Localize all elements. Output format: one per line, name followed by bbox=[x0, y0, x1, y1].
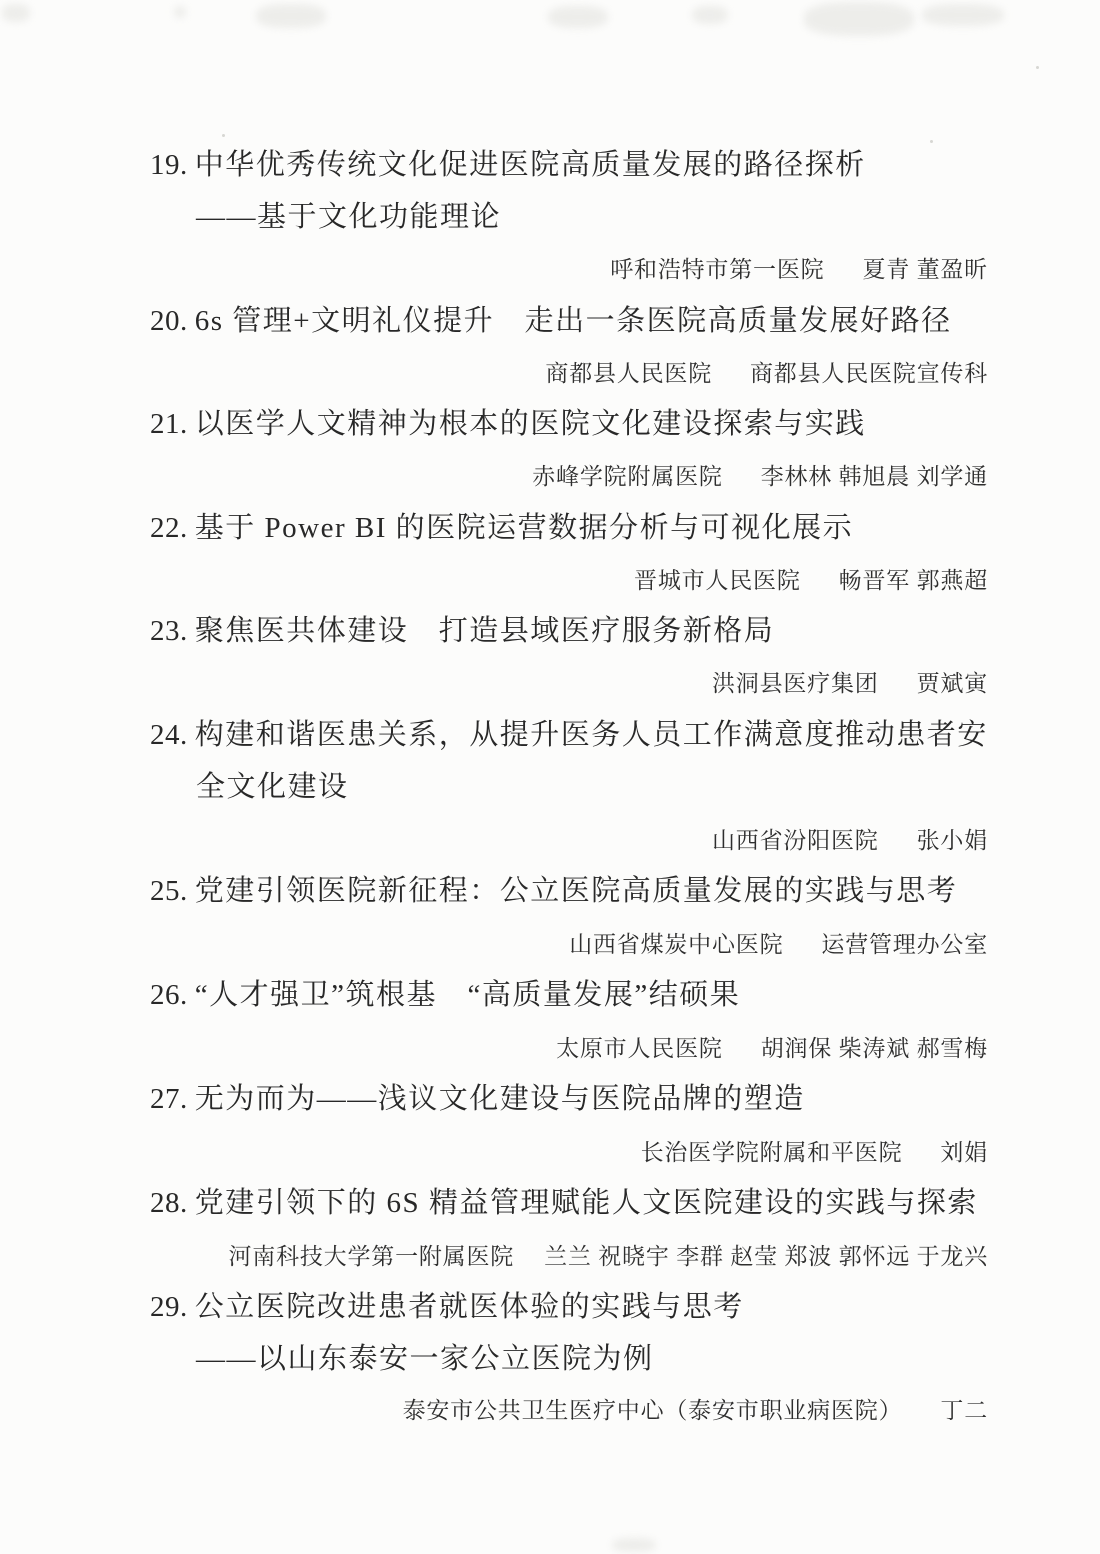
attribution-authors: 刘娟 bbox=[940, 1138, 988, 1168]
scan-artifact bbox=[174, 6, 186, 18]
attribution-authors: 贾斌寅 bbox=[917, 669, 988, 699]
item-title-continuation: ——以山东泰安一家公立医院为例 bbox=[196, 1340, 654, 1378]
scan-artifact bbox=[612, 1538, 656, 1552]
item-number: 19. bbox=[150, 149, 188, 181]
item-title-line: 23.聚焦医共体建设 打造县域医疗服务新格局 bbox=[150, 612, 774, 650]
item-attribution: 洪洞县医疗集团贾斌寅 bbox=[712, 669, 988, 699]
scan-artifact bbox=[548, 6, 608, 28]
attribution-organization: 赤峰学院附属医院 bbox=[532, 462, 722, 492]
item-attribution: 太原市人民医院胡润保 柴涛斌 郝雪梅 bbox=[556, 1034, 988, 1064]
item-attribution: 长治医学院附属和平医院刘娟 bbox=[641, 1138, 988, 1168]
item-attribution: 赤峰学院附属医院李林林 韩旭晨 刘学通 bbox=[532, 462, 988, 492]
attribution-authors: 胡润保 柴涛斌 郝雪梅 bbox=[761, 1034, 988, 1064]
item-title-continuation: 全文化建设 bbox=[196, 768, 349, 806]
document-page: 19.中华优秀传统文化促进医院高质量发展的路径探析 ——基于文化功能理论 呼和浩… bbox=[0, 0, 1100, 1554]
scan-artifact bbox=[256, 4, 326, 28]
item-title-text: 构建和谐医患关系，从提升医务人员工作满意度推动患者安 bbox=[195, 719, 988, 751]
attribution-organization: 山西省汾阳医院 bbox=[712, 826, 879, 856]
item-title-line: 25.党建引领医院新征程：公立医院高质量发展的实践与思考 bbox=[150, 872, 957, 910]
item-title-text: 基于 Power BI 的医院运营数据分析与可视化展示 bbox=[195, 512, 853, 544]
item-number: 24. bbox=[150, 719, 188, 751]
item-attribution: 河南科技大学第一附属医院兰兰 祝晓宇 李群 赵莹 郑波 郭怀远 于龙兴 bbox=[228, 1242, 988, 1272]
scan-artifact bbox=[222, 134, 225, 137]
item-number: 23. bbox=[150, 615, 188, 647]
item-number: 22. bbox=[150, 512, 188, 544]
item-title-text: 党建引领医院新征程：公立医院高质量发展的实践与思考 bbox=[195, 875, 958, 907]
attribution-authors: 丁二 bbox=[940, 1396, 988, 1426]
item-title-continuation: ——基于文化功能理论 bbox=[196, 198, 501, 236]
attribution-organization: 山西省煤炭中心医院 bbox=[569, 930, 783, 960]
scan-artifact bbox=[692, 6, 728, 24]
item-title-text: 6s 管理+文明礼仪提升 走出一条医院高质量发展好路径 bbox=[195, 305, 952, 337]
attribution-organization: 晋城市人民医院 bbox=[634, 566, 801, 596]
scan-artifact bbox=[922, 4, 1004, 26]
item-attribution: 山西省煤炭中心医院运营管理办公室 bbox=[569, 930, 988, 960]
scan-artifact bbox=[1036, 66, 1039, 69]
attribution-organization: 呼和浩特市第一医院 bbox=[610, 255, 824, 285]
item-title-line: 21.以医学人文精神为根本的医院文化建设探索与实践 bbox=[150, 405, 866, 443]
scan-artifact bbox=[2, 4, 30, 22]
item-attribution: 商都县人民医院商都县人民医院宣传科 bbox=[545, 359, 988, 389]
item-title-line: 26.“人才强卫”筑根基 “高质量发展”结硕果 bbox=[150, 976, 740, 1014]
item-number: 21. bbox=[150, 408, 188, 440]
attribution-authors: 商都县人民医院宣传科 bbox=[750, 359, 988, 389]
item-attribution: 山西省汾阳医院张小娟 bbox=[712, 826, 988, 856]
attribution-organization: 长治医学院附属和平医院 bbox=[641, 1138, 903, 1168]
attribution-authors: 张小娟 bbox=[917, 826, 988, 856]
item-title-text: 党建引领下的 6S 精益管理赋能人文医院建设的实践与探索 bbox=[195, 1187, 978, 1219]
item-title-text: 以医学人文精神为根本的医院文化建设探索与实践 bbox=[195, 408, 866, 440]
item-number: 28. bbox=[150, 1187, 188, 1219]
item-title-line: 28.党建引领下的 6S 精益管理赋能人文医院建设的实践与探索 bbox=[150, 1184, 978, 1222]
item-title-line: 19.中华优秀传统文化促进医院高质量发展的路径探析 bbox=[150, 146, 866, 184]
attribution-organization: 泰安市公共卫生医疗中心（泰安市职业病医院） bbox=[403, 1396, 903, 1426]
item-number: 29. bbox=[150, 1291, 188, 1323]
attribution-organization: 洪洞县医疗集团 bbox=[712, 669, 879, 699]
item-title-line: 24.构建和谐医患关系，从提升医务人员工作满意度推动患者安 bbox=[150, 716, 988, 754]
item-attribution: 泰安市公共卫生医疗中心（泰安市职业病医院）丁二 bbox=[403, 1396, 988, 1426]
item-title-text: “人才强卫”筑根基 “高质量发展”结硕果 bbox=[195, 979, 741, 1011]
attribution-authors: 运营管理办公室 bbox=[821, 930, 988, 960]
attribution-authors: 李林林 韩旭晨 刘学通 bbox=[761, 462, 988, 492]
attribution-authors: 夏青 董盈昕 bbox=[862, 255, 988, 285]
attribution-organization: 太原市人民医院 bbox=[556, 1034, 723, 1064]
item-title-text: 无为而为——浅议文化建设与医院品牌的塑造 bbox=[195, 1083, 805, 1115]
item-title-line: 29.公立医院改进患者就医体验的实践与思考 bbox=[150, 1288, 744, 1326]
scan-artifact bbox=[930, 140, 933, 143]
item-title-text: 聚焦医共体建设 打造县域医疗服务新格局 bbox=[195, 615, 775, 647]
item-number: 26. bbox=[150, 979, 188, 1011]
scan-artifact bbox=[804, 2, 914, 36]
attribution-organization: 河南科技大学第一附属医院 bbox=[228, 1242, 514, 1272]
item-attribution: 晋城市人民医院畅晋军 郭燕超 bbox=[634, 566, 988, 596]
item-number: 20. bbox=[150, 305, 188, 337]
item-number: 27. bbox=[150, 1083, 188, 1115]
item-number: 25. bbox=[150, 875, 188, 907]
item-title-text: 公立医院改进患者就医体验的实践与思考 bbox=[195, 1291, 744, 1323]
item-title-line: 20.6s 管理+文明礼仪提升 走出一条医院高质量发展好路径 bbox=[150, 302, 952, 340]
attribution-authors: 兰兰 祝晓宇 李群 赵莹 郑波 郭怀远 于龙兴 bbox=[544, 1242, 988, 1272]
item-attribution: 呼和浩特市第一医院夏青 董盈昕 bbox=[610, 255, 988, 285]
attribution-organization: 商都县人民医院 bbox=[545, 359, 712, 389]
item-title-text: 中华优秀传统文化促进医院高质量发展的路径探析 bbox=[195, 149, 866, 181]
attribution-authors: 畅晋军 郭燕超 bbox=[839, 566, 988, 596]
item-title-line: 22.基于 Power BI 的医院运营数据分析与可视化展示 bbox=[150, 509, 853, 547]
item-title-line: 27.无为而为——浅议文化建设与医院品牌的塑造 bbox=[150, 1080, 805, 1118]
